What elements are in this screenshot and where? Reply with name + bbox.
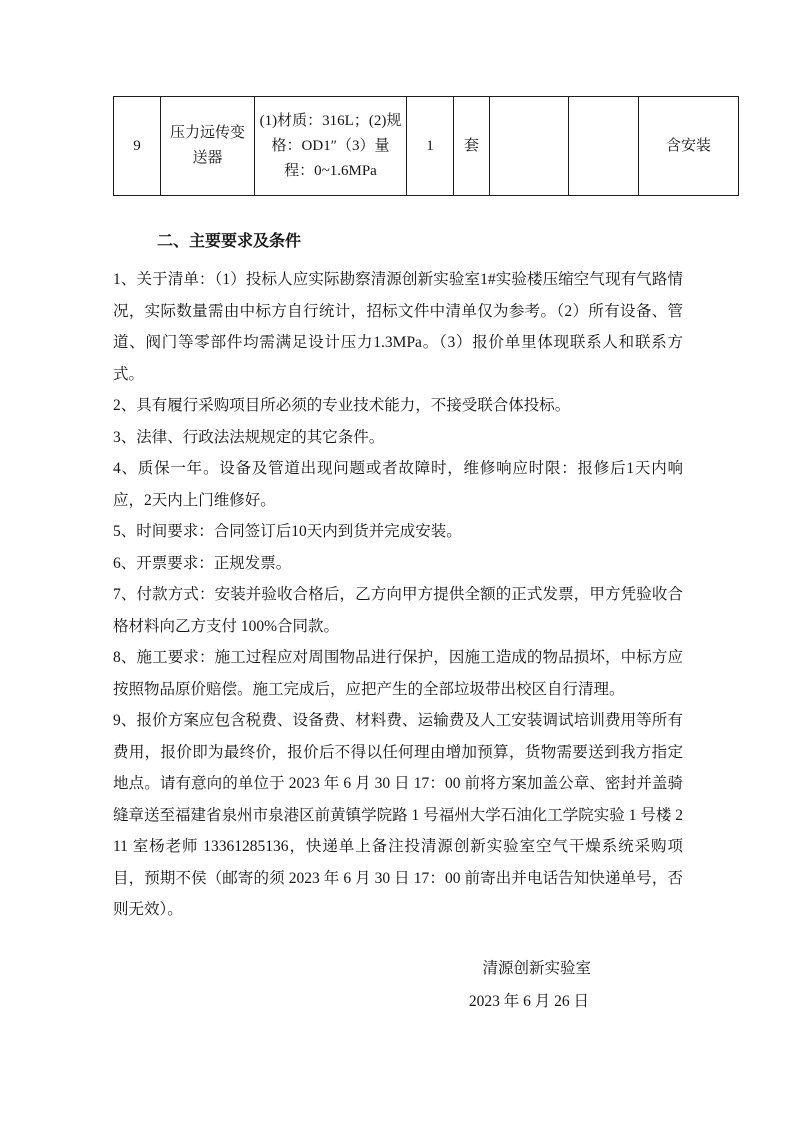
signature-organization: 清源创新实验室 [113,952,591,985]
item-remark-cell: 含安装 [639,97,739,196]
equipment-spec-table: 9 压力远传变送器 (1)材质：316L；(2)规格：OD1″（3）量程：0~1… [113,96,739,196]
document-page: 9 压力远传变送器 (1)材质：316L；(2)规格：OD1″（3）量程：0~1… [0,0,793,1122]
signature-block: 清源创新实验室 2023 年 6 月 26 日 [113,952,683,1018]
item-name-cell: 压力远传变送器 [161,97,255,196]
requirement-item-2: 2、具有履行采购项目所必须的专业技术能力，不接受联合体投标。 [113,390,683,422]
requirement-item-7: 7、付款方式：安装并验收合格后，乙方向甲方提供全额的正式发票，甲方凭验收合格材料… [113,579,683,642]
requirement-item-9: 9、报价方案应包含税费、设备费、材料费、运输费及人工安装调试培训费用等所有费用，… [113,705,683,926]
requirement-item-8: 8、施工要求：施工过程应对周围物品进行保护，因施工造成的物品损坏，中标方应按照物… [113,642,683,705]
requirements-list: 1、关于清单：（1）投标人应实际勘察清源创新实验室1#实验楼压缩空气现有气路情况… [113,264,683,926]
requirement-item-6: 6、开票要求：正规发票。 [113,548,683,580]
requirement-item-5: 5、时间要求：合同签订后10天内到货并完成安装。 [113,516,683,548]
item-number-cell: 9 [114,97,161,196]
requirement-item-1: 1、关于清单：（1）投标人应实际勘察清源创新实验室1#实验楼压缩空气现有气路情况… [113,264,683,390]
signature-date: 2023 年 6 月 26 日 [113,985,591,1018]
requirement-item-3: 3、法律、行政法法规规定的其它条件。 [113,422,683,454]
empty-cell [490,97,569,196]
item-unit-cell: 套 [454,97,490,196]
item-spec-cell: (1)材质：316L；(2)规格：OD1″（3）量程：0~1.6MPa [255,97,407,196]
section-heading: 二、主要要求及条件 [157,232,683,252]
table-row: 9 压力远传变送器 (1)材质：316L；(2)规格：OD1″（3）量程：0~1… [114,97,739,196]
empty-cell [569,97,639,196]
item-quantity-cell: 1 [407,97,454,196]
requirement-item-4: 4、质保一年。设备及管道出现问题或者故障时，维修响应时限：报修后1天内响应，2天… [113,453,683,516]
